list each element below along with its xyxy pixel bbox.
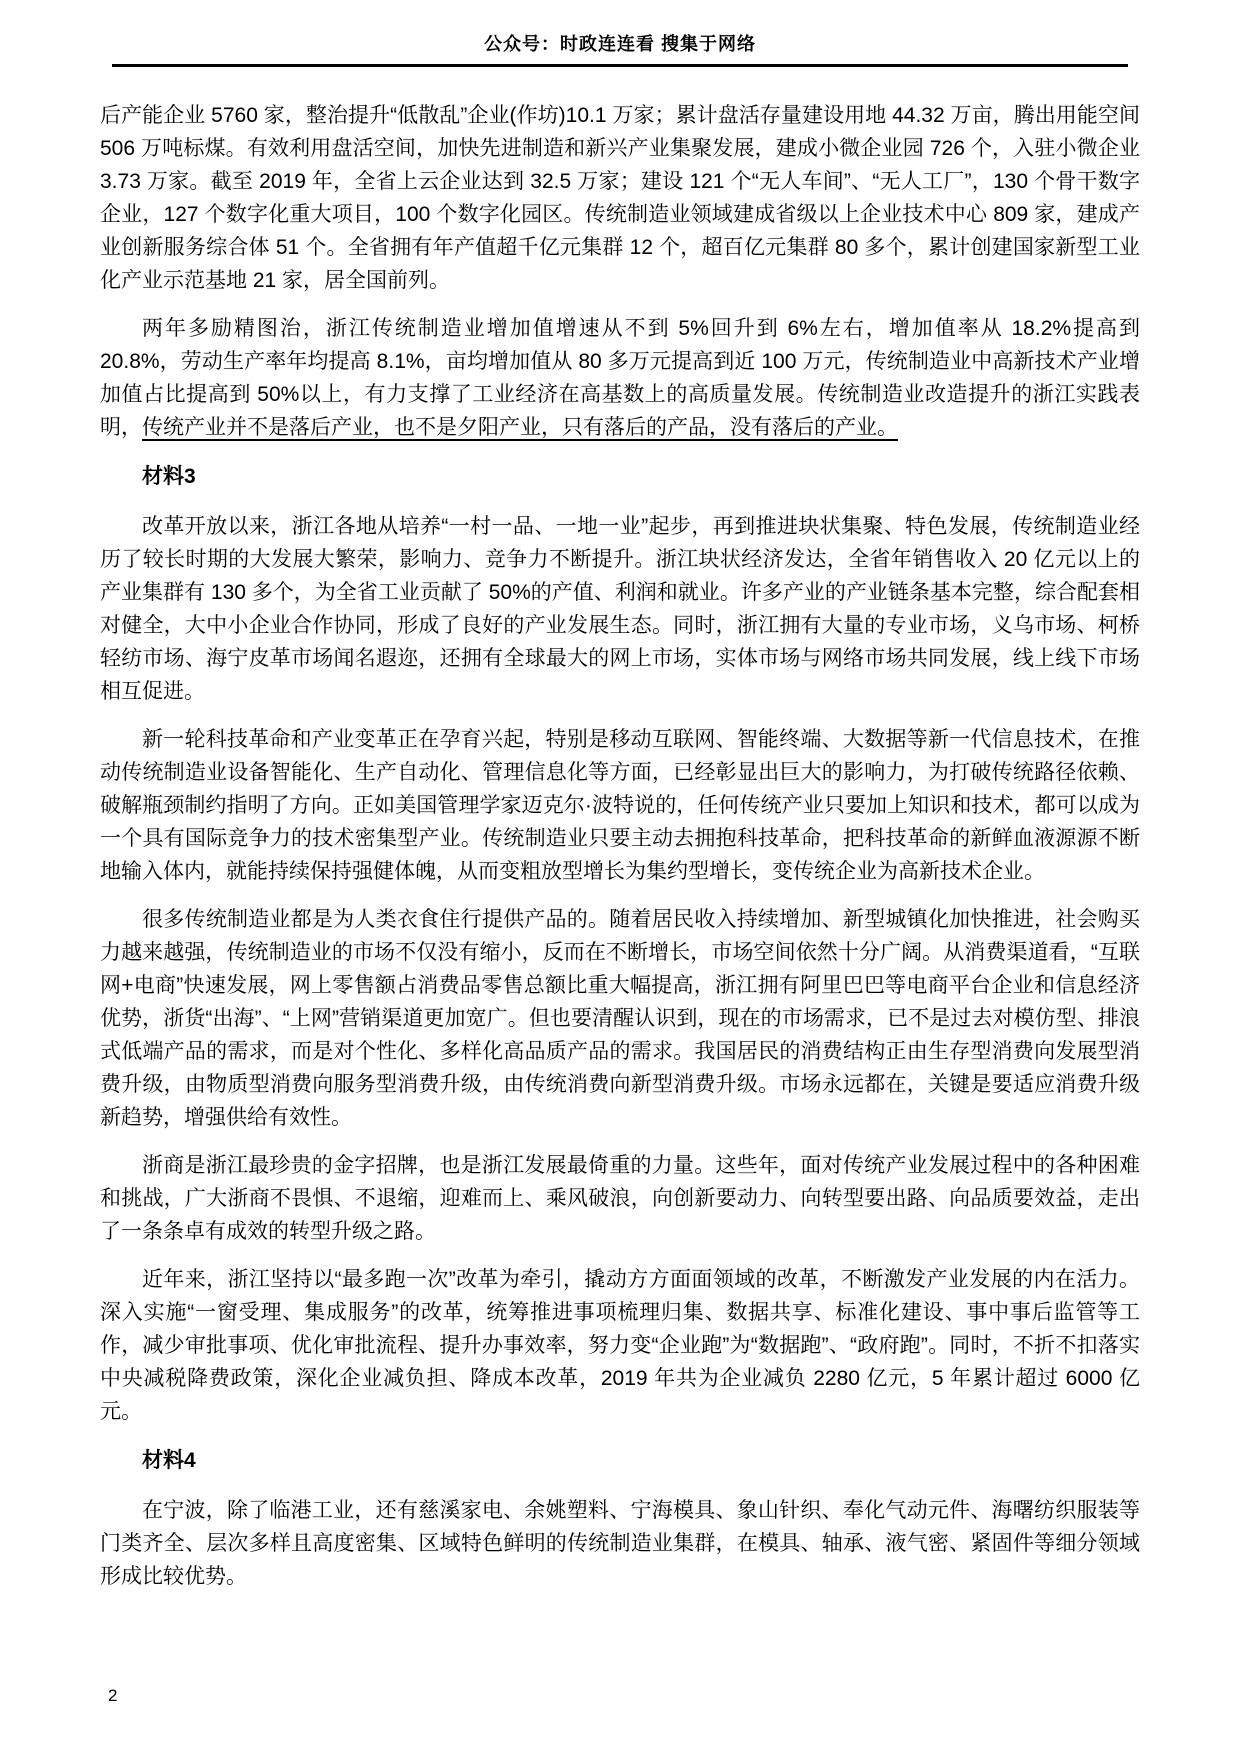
paragraph-zhejiang-merchants: 浙商是浙江最珍贵的金字招牌，也是浙江发展最倚重的力量。这些年，面对传统产业发展过… [100, 1149, 1140, 1248]
paragraph-ningbo-clusters: 在宁波，除了临港工业，还有慈溪家电、余姚塑料、宁海模具、象山针织、奉化气动元件、… [100, 1494, 1140, 1593]
underlined-conclusion-sentence: 传统产业并不是落后产业，也不是夕阳产业，只有落后的产品，没有落后的产业。 [142, 416, 898, 439]
paragraph-capacity-reduction-stats: 后产能企业 5760 家，整治提升“低散乱”企业(作坊)10.1 万家；累计盘活… [100, 99, 1140, 297]
page-header: 公众号：时政连连看 搜集于网络 [0, 0, 1240, 67]
heading-material-3: 材料3 [100, 460, 1140, 493]
page-number: 2 [108, 1686, 117, 1706]
paragraph-two-year-achievements: 两年多励精图治，浙江传统制造业增加值增速从不到 5%回升到 6%左右，增加值率从… [100, 312, 1140, 444]
paragraph-reform-opening-clusters: 改革开放以来，浙江各地从培养“一村一品、一地一业”起步，再到推进块状集聚、特色发… [100, 510, 1140, 708]
document-body: 后产能企业 5760 家，整治提升“低散乱”企业(作坊)10.1 万家；累计盘活… [0, 67, 1240, 1593]
paragraph-tech-revolution: 新一轮科技革命和产业变革正在孕育兴起，特别是移动互联网、智能终端、大数据等新一代… [100, 723, 1140, 888]
document-page: 公众号：时政连连看 搜集于网络 后产能企业 5760 家，整治提升“低散乱”企业… [0, 0, 1240, 1754]
heading-material-4: 材料4 [100, 1444, 1140, 1477]
header-title: 公众号：时政连连看 搜集于网络 [0, 0, 1240, 56]
paragraph-reform-once-visit: 近年来，浙江坚持以“最多跑一次”改革为牵引，撬动方方面面领域的改革，不断激发产业… [100, 1263, 1140, 1428]
paragraph-consumer-market-upgrade: 很多传统制造业都是为人类衣食住行提供产品的。随着居民收入持续增加、新型城镇化加快… [100, 903, 1140, 1134]
